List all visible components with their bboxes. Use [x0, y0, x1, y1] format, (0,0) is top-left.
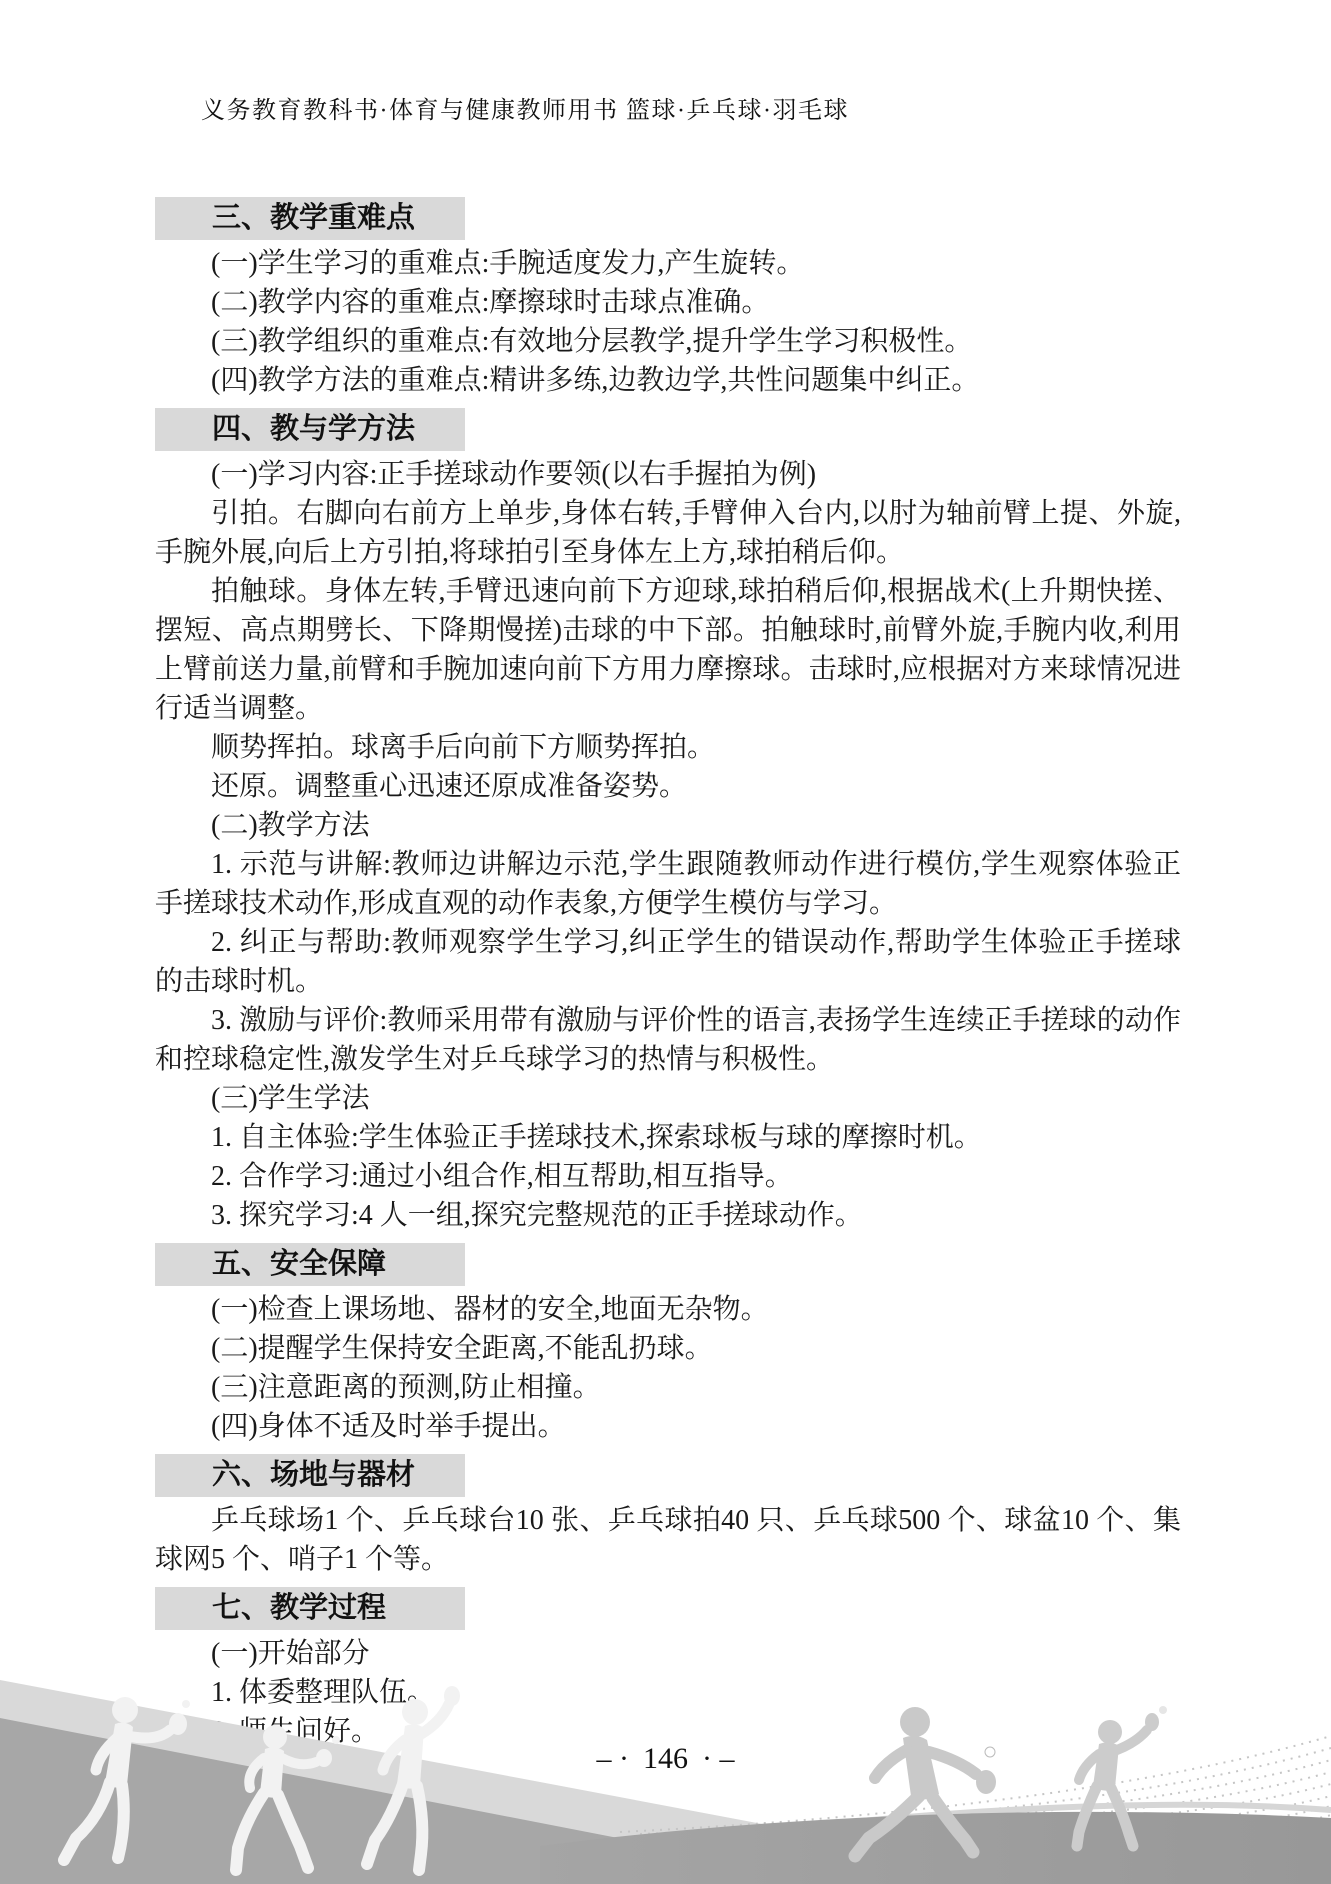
paragraph: (二)提醒学生保持安全距离,不能乱扔球。	[155, 1329, 1181, 1368]
paragraph: 顺势挥拍。球离手后向前下方顺势挥拍。	[155, 728, 1181, 767]
paragraph: 乒乓球场1 个、乒乓球台10 张、乒乓球拍40 只、乒乓球500 个、球盆10 …	[155, 1501, 1181, 1579]
page-number-dash-left: – ·	[597, 1742, 630, 1776]
player-head	[112, 1697, 138, 1723]
paragraph: (三)注意距离的预测,防止相撞。	[155, 1368, 1181, 1407]
paragraph: (一)检查上课场地、器材的安全,地面无杂物。	[155, 1290, 1181, 1329]
section-heading: 五、安全保障	[155, 1243, 465, 1286]
running-head: 义务教育教科书·体育与健康教师用书 篮球·乒乓球·羽毛球	[201, 90, 849, 125]
paddle	[1145, 1713, 1159, 1731]
paragraph: 还原。调整重心迅速还原成准备姿势。	[155, 767, 1181, 806]
section-teaching-key-points: 三、教学重难点 (一)学生学习的重难点:手腕适度发力,产生旋转。 (二)教学内容…	[155, 197, 1181, 400]
player-leg	[118, 1785, 124, 1858]
section-heading: 四、教与学方法	[155, 408, 465, 451]
paragraph: (二)教学内容的重难点:摩擦球时击球点准确。	[155, 283, 1181, 322]
paragraph: (四)身体不适及时举手提出。	[155, 1407, 1181, 1446]
paragraph: 1. 示范与讲解:教师边讲解边示范,学生跟随教师动作进行模仿,学生观察体验正手搓…	[155, 845, 1181, 923]
paddle	[444, 1686, 460, 1706]
paragraph: (四)教学方法的重难点:精讲多练,边教边学,共性问题集中纠正。	[155, 361, 1181, 400]
paddle	[169, 1713, 187, 1735]
paragraph: 3. 探究学习:4 人一组,探究完整规范的正手搓球动作。	[155, 1196, 1181, 1235]
player-leg	[417, 1786, 422, 1870]
page-number-dash-right: · –	[702, 1742, 735, 1776]
paragraph: (三)学生学法	[155, 1079, 1181, 1118]
ball-dot	[1159, 1706, 1167, 1714]
paragraph: (一)学生学习的重难点:手腕适度发力,产生旋转。	[155, 244, 1181, 283]
section-safety: 五、安全保障 (一)检查上课场地、器材的安全,地面无杂物。 (二)提醒学生保持安…	[155, 1243, 1181, 1446]
page-content: 三、教学重难点 (一)学生学习的重难点:手腕适度发力,产生旋转。 (二)教学内容…	[155, 197, 1181, 1751]
ball-dot	[182, 1700, 190, 1708]
paragraph: 3. 激励与评价:教师采用带有激励与评价性的语言,表扬学生连续正手搓球的动作和控…	[155, 1001, 1181, 1079]
player-head	[402, 1699, 428, 1725]
section-venue-equipment: 六、场地与器材 乒乓球场1 个、乒乓球台10 张、乒乓球拍40 只、乒乓球500…	[155, 1454, 1181, 1579]
player-head	[900, 1707, 930, 1737]
section-heading: 六、场地与器材	[155, 1454, 465, 1497]
paragraph: 拍触球。身体左转,手臂迅速向前下方迎球,球拍稍后仰,根据战术(上升期快搓、摆短、…	[155, 572, 1181, 728]
paragraph: 2. 纠正与帮助:教师观察学生学习,纠正学生的错误动作,帮助学生体验正手搓球的击…	[155, 923, 1181, 1001]
page-number: – ·146· –	[0, 1742, 1331, 1776]
paragraph: 2. 合作学习:通过小组合作,相互帮助,相互指导。	[155, 1157, 1181, 1196]
section-teaching-methods: 四、教与学方法 (一)学习内容:正手搓球动作要领(以右手握拍为例) 引拍。右脚向…	[155, 408, 1181, 1235]
player-head	[1098, 1720, 1122, 1744]
paragraph: (一)学习内容:正手搓球动作要领(以右手握拍为例)	[155, 455, 1181, 494]
paragraph: (二)教学方法	[155, 806, 1181, 845]
paragraph: 引拍。右脚向右前方上单步,身体右转,手臂伸入台内,以肘为轴前臂上提、外旋,手腕外…	[155, 494, 1181, 572]
section-heading: 三、教学重难点	[155, 197, 465, 240]
paragraph: (三)教学组织的重难点:有效地分层教学,提升学生学习积极性。	[155, 322, 1181, 361]
section-heading: 七、教学过程	[155, 1587, 465, 1630]
page-number-value: 146	[643, 1742, 688, 1776]
paragraph: 1. 自主体验:学生体验正手搓球技术,探索球板与球的摩擦时机。	[155, 1118, 1181, 1157]
